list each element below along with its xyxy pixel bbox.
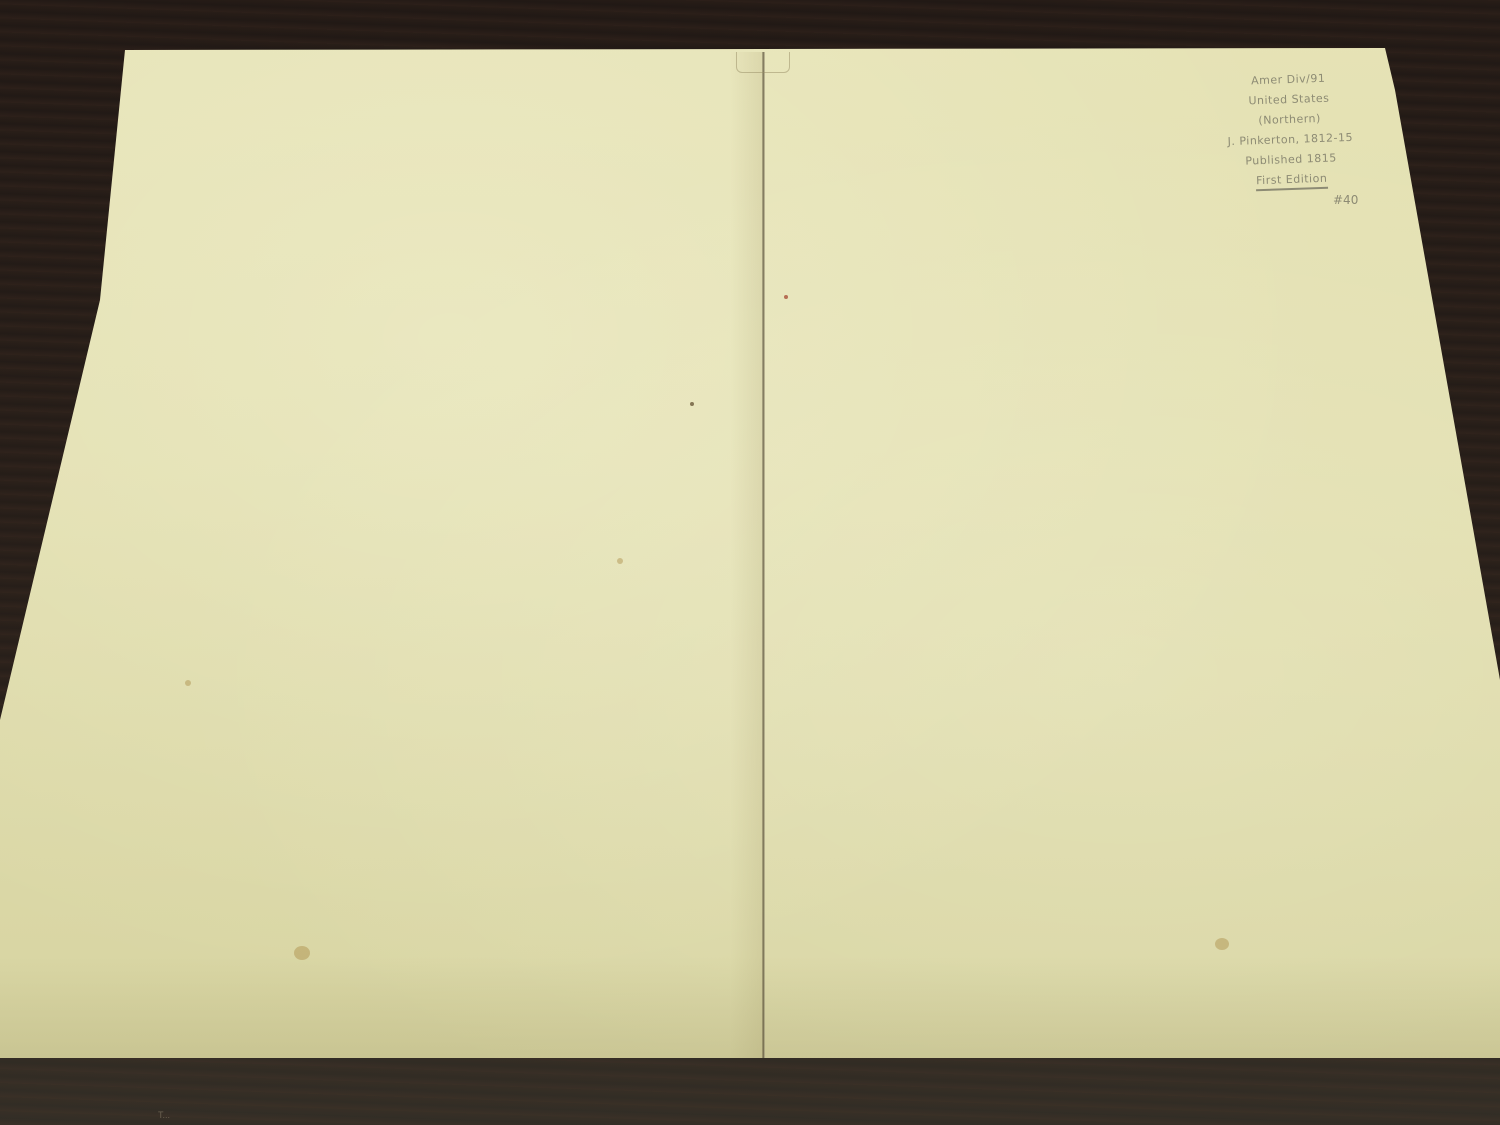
foxing-spot — [690, 402, 694, 406]
foxing-spot — [294, 946, 310, 960]
binding-tab — [736, 52, 790, 73]
pencil-annotations: Amer Div/91 United States (Northern) J. … — [1193, 67, 1387, 194]
foxing-spot — [617, 558, 623, 564]
foxing-spot — [185, 680, 191, 686]
foxing-spot — [784, 295, 788, 299]
table-mark: T... — [158, 1110, 170, 1120]
fold-shadow — [730, 52, 762, 1058]
item-number: #40 — [1333, 193, 1358, 207]
center-fold-line — [762, 52, 765, 1058]
foxing-spot — [1215, 938, 1229, 950]
annotation-line: First Edition — [1256, 171, 1328, 191]
